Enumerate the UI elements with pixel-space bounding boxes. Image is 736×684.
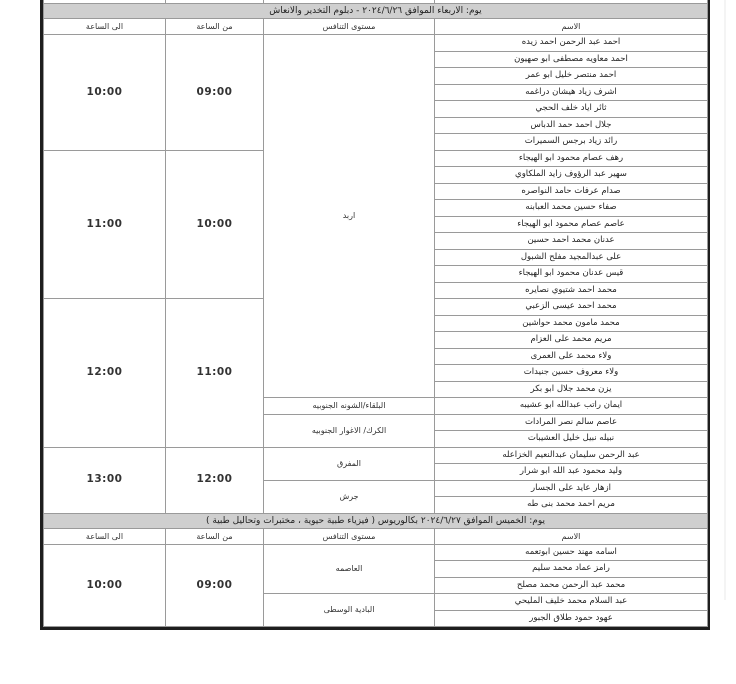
student-name: اشرف زياد هيشان دراغمه	[435, 84, 708, 101]
student-name: قيس عدنان محمود ابو الهيجاء	[435, 266, 708, 283]
from-time: 12:00	[166, 447, 264, 513]
student-name: محمد مامون محمد حواشين	[435, 315, 708, 332]
student-name: محمد احمد شتيوي نصايره	[435, 282, 708, 299]
student-name: احمد منتصر خليل ابو عمر	[435, 68, 708, 85]
column-header-row: الاسممستوى التنافسمن الساعةالى الساعة	[44, 19, 708, 35]
student-name: عاصم عصام محمود ابو الهيجاء	[435, 216, 708, 233]
student-name: صفاء حسين محمد العبابنه	[435, 200, 708, 217]
student-name: محمد عبد الرحمن محمد مصلح	[435, 577, 708, 594]
student-name: عدنان محمد احمد حسين	[435, 233, 708, 250]
student-name: ازهار عايد على الجسار	[435, 480, 708, 497]
to-time-column-header: الى الساعة	[44, 19, 166, 35]
to-time: 11:00	[44, 150, 166, 299]
student-name: اسامه مهند حسين ابوتعمه	[435, 544, 708, 561]
competition-level: اربد	[264, 35, 435, 398]
day-banner: يوم: الاربعاء الموافق ٢٠٢٤/٦/٢٦ - دبلوم …	[44, 4, 708, 19]
student-name: سهير عبد الرؤوف زايد الملكاوي	[435, 167, 708, 184]
student-name: مريم محمد على العزام	[435, 332, 708, 349]
from-time: 09:00	[166, 544, 264, 627]
from-time: 11:00	[166, 299, 264, 448]
page-edge	[724, 0, 726, 600]
to-time: 12:00	[44, 299, 166, 448]
to-time: 10:00	[44, 544, 166, 627]
day-banner-row: يوم: الخميس الموافق ٢٠٢٤/٦/٢٧ بكالوريوس …	[44, 513, 708, 528]
exam-schedule-sheet: يوم: الاربعاء الموافق ٢٠٢٤/٦/٢٦ - دبلوم …	[40, 0, 710, 630]
student-name: عهود حمود طلاق الجبور	[435, 610, 708, 627]
student-name: صدام عرفات حامد النواصره	[435, 183, 708, 200]
day-banner: يوم: الخميس الموافق ٢٠٢٤/٦/٢٧ بكالوريوس …	[44, 513, 708, 528]
competition-level: البلقاء/الشونه الجنوبيه	[264, 398, 435, 415]
student-name: رائد زياد برجس السميرات	[435, 134, 708, 151]
from-time: 10:00	[166, 150, 264, 299]
student-name: يزن محمد جلال ابو بكر	[435, 381, 708, 398]
student-name: رامز عماد محمد سليم	[435, 561, 708, 578]
from-time: 09:00	[166, 35, 264, 151]
student-name: احمد معاويه مصطفى ابو صهيون	[435, 51, 708, 68]
competition-level: المفرق	[264, 447, 435, 480]
student-name: نبيله نبيل خليل العشيبات	[435, 431, 708, 448]
exam-schedule-table: يوم: الاربعاء الموافق ٢٠٢٤/٦/٢٦ - دبلوم …	[43, 0, 708, 627]
student-name: عبد السلام محمد خليف المليحي	[435, 594, 708, 611]
student-name: محمد احمد عيسى الزعبي	[435, 299, 708, 316]
from-time-column-header: من الساعة	[166, 19, 264, 35]
student-name: عبد الرحمن سليمان عبدالنعيم الخزاعله	[435, 447, 708, 464]
competition-level: الكرك/ الاغوار الجنوبيه	[264, 414, 435, 447]
student-name: احمد عبد الرحمن احمد زيده	[435, 35, 708, 52]
table-row: عبد الرحمن سليمان عبدالنعيم الخزاعلهالمف…	[44, 447, 708, 464]
student-name: ثائر اياد خلف الحجي	[435, 101, 708, 118]
student-name: عاصم سالم نصر المرادات	[435, 414, 708, 431]
name-column-header: الاسم	[435, 19, 708, 35]
level-column-header: مستوى التنافس	[264, 19, 435, 35]
student-name: وليد محمود عبد الله ابو شرار	[435, 464, 708, 481]
level-column-header: مستوى التنافس	[264, 528, 435, 544]
competition-level: البادية الوسطى	[264, 594, 435, 627]
to-time: 13:00	[44, 447, 166, 513]
student-name: على عبدالمجيد مفلح الشبول	[435, 249, 708, 266]
to-time: 10:00	[44, 35, 166, 151]
student-name: مريم احمد محمد بنى طه	[435, 497, 708, 514]
from-time-column-header: من الساعة	[166, 528, 264, 544]
table-row: اسامه مهند حسين ابوتعمهالعاصمه09:0010:00	[44, 544, 708, 561]
name-column-header: الاسم	[435, 528, 708, 544]
student-name: ولاء محمد على العمرى	[435, 348, 708, 365]
competition-level: جرش	[264, 480, 435, 513]
competition-level: العاصمه	[264, 544, 435, 594]
column-header-row: الاسممستوى التنافسمن الساعةالى الساعة	[44, 528, 708, 544]
student-name: ولاء معروف حسين جنيدات	[435, 365, 708, 382]
student-name: ايمان راتب عبدالله ابو عشيبه	[435, 398, 708, 415]
day-banner-row: يوم: الاربعاء الموافق ٢٠٢٤/٦/٢٦ - دبلوم …	[44, 4, 708, 19]
to-time-column-header: الى الساعة	[44, 528, 166, 544]
table-row: احمد عبد الرحمن احمد زيدهاربد09:0010:00	[44, 35, 708, 52]
student-name: رهف عصام محمود ابو الهيجاء	[435, 150, 708, 167]
student-name: جلال احمد حمد الدباس	[435, 117, 708, 134]
